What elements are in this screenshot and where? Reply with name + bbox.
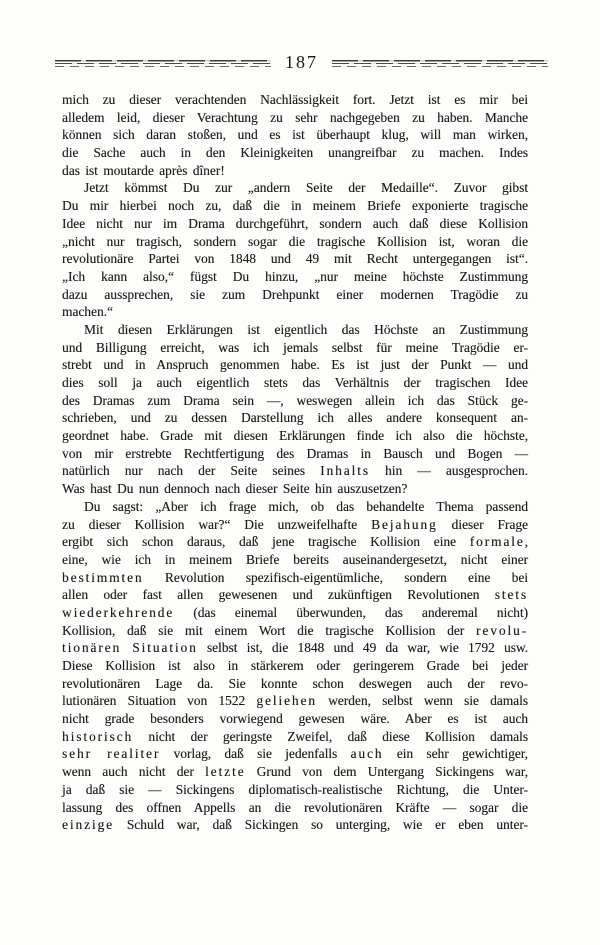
text-line: zu dieser Kollision war?“ Die unzweifelh…	[62, 516, 528, 534]
emphasized-spaced-text: einzige	[62, 817, 114, 832]
emphasized-spaced-text: stets	[495, 587, 528, 602]
page-number: 187	[271, 52, 332, 75]
text-line: und Billigung erreicht, was ich jemals s…	[62, 339, 528, 357]
text-line: historisch nicht der geringste Zweifel, …	[62, 728, 528, 746]
text-line: „nicht nur tragisch, sondern sogar die t…	[62, 233, 528, 251]
text-line: lassung des offnen Appells an die revolu…	[62, 799, 528, 817]
text-line: mich zu dieser verachtenden Nachlässigke…	[62, 91, 528, 109]
text-line: dies soll ja auch eigentlich stets das V…	[62, 374, 528, 392]
text-line: strebt und in Anspruch genommen habe. Es…	[62, 356, 528, 374]
header-rule-right	[332, 59, 548, 68]
text-line: schrieben, und zu dessen Darstellung ich…	[62, 409, 528, 427]
text-line: lutionären Situation von 1522 geliehen w…	[62, 692, 528, 710]
text-line: Jetzt kömmst Du zur „andern Seite der Me…	[62, 179, 528, 197]
book-page: 187 mich zu dieser verachtenden Nachläss…	[0, 0, 600, 945]
text-line: dazu aussprechen, sie zum Drehpunkt eine…	[62, 286, 528, 304]
page-header: 187	[55, 50, 548, 76]
text-line: können sich daran stoßen, und es ist übe…	[62, 126, 528, 144]
text-line: des Dramas zum Drama sein —, weswegen al…	[62, 392, 528, 410]
text-line: allen oder fast allen gewesenen und zukü…	[62, 586, 528, 604]
emphasized-spaced-text: sehr realiter	[62, 746, 160, 761]
text-line: „Ich kann also,“ fügst Du hinzu, „nur me…	[62, 268, 528, 286]
emphasized-spaced-text: historisch	[62, 729, 133, 744]
text-line: wiederkehrende (das einemal überwunden, …	[62, 604, 528, 622]
text-line: revolutionäre Partei von 1848 und 49 mit…	[62, 250, 528, 268]
text-line: bestimmten Revolution spezifisch-eigentü…	[62, 569, 528, 587]
text-line: Du mir hierbei noch zu, daß die in meine…	[62, 197, 528, 215]
text-line: Idee nicht nur im Drama durchgeführt, so…	[62, 215, 528, 233]
text-block: mich zu dieser verachtenden Nachlässigke…	[62, 91, 528, 834]
emphasized-spaced-text: auch	[351, 746, 384, 761]
text-line: ja daß sie — Sickingens diplomatisch-rea…	[62, 781, 528, 799]
text-line: tionären Situation selbst ist, die 1848 …	[62, 639, 528, 657]
text-line: eine, wie ich in meinem Briefe bereits a…	[62, 551, 528, 569]
emphasized-spaced-text: letzte	[205, 764, 245, 779]
text-line: Diese Kollision ist also in stärkerem od…	[62, 657, 528, 675]
emphasized-spaced-text: Inhalts	[320, 463, 370, 478]
text-line: natürlich nur nach der Seite seines Inha…	[62, 462, 528, 480]
text-line: nicht grade besonders vorwiegend gewesen…	[62, 710, 528, 728]
emphasized-spaced-text: formale	[470, 534, 525, 549]
emphasized-spaced-text: tionären Situation	[62, 640, 198, 655]
text-line: alledem leid, dieser Verachtung zu sehr …	[62, 109, 528, 127]
text-line: revolutionären Lage da. Sie konnte schon…	[62, 675, 528, 693]
text-line: Mit diesen Erklärungen ist eigentlich da…	[62, 321, 528, 339]
text-line: einzige Schuld war, daß Sickingen so unt…	[62, 816, 528, 834]
text-line: Was hast Du nun dennoch nach dieser Seit…	[62, 480, 528, 498]
emphasized-spaced-text: Bejahung	[371, 517, 438, 532]
header-rule-left	[55, 59, 271, 68]
text-line: Kollision, daß sie mit einem Wort die tr…	[62, 622, 528, 640]
emphasized-spaced-text: revolu-	[476, 623, 528, 638]
text-line: sehr realiter vorlag, daß sie jedenfalls…	[62, 745, 528, 763]
text-line: machen.“	[62, 303, 528, 321]
emphasized-spaced-text: geliehen	[256, 693, 317, 708]
text-line: die Sache auch in den Kleinigkeiten unan…	[62, 144, 528, 162]
text-line: wenn auch nicht der letzte Grund von dem…	[62, 763, 528, 781]
text-line: von mir erstrebte Rechtfertigung des Dra…	[62, 445, 528, 463]
text-line: geordnet habe. Grade mit diesen Erklärun…	[62, 427, 528, 445]
text-line: Du sagst: „Aber ich frage mich, ob das b…	[62, 498, 528, 516]
emphasized-spaced-text: bestimmten	[62, 570, 143, 585]
text-line: ergibt sich schon daraus, daß jene tragi…	[62, 533, 528, 551]
text-line: das ist moutarde après dîner!	[62, 162, 528, 180]
emphasized-spaced-text: wiederkehrende	[62, 605, 174, 620]
